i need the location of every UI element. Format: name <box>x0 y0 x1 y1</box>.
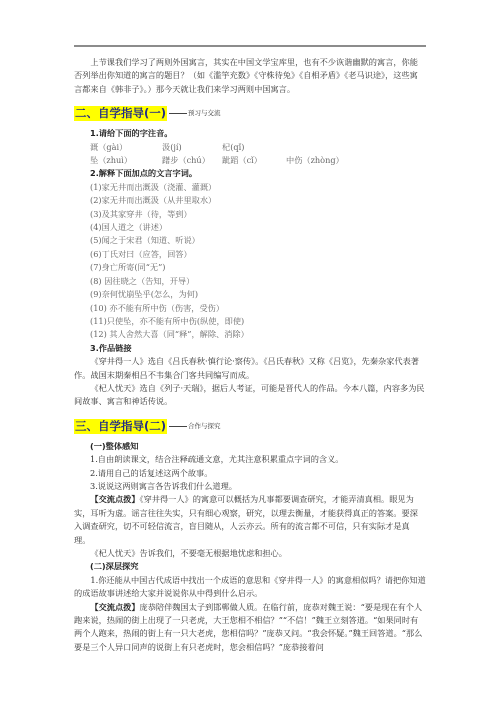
pinyin-item: 坠（zhuì） <box>90 154 162 167</box>
vocab-item: (3)及其家穿井（待，等到） <box>90 208 426 221</box>
pinyin-item: 跐蹈（cǐ） <box>222 154 286 167</box>
part1-item: 1.自由朗读课文，结合注释疏通文意，尤其注意积累重点字词的含义。 <box>90 453 426 466</box>
tip1-paragraph-2: 《杞人忧天》告诉我们，不要毫无根据地忧虑和担心。 <box>74 547 426 560</box>
question-2: 2.解释下面加点的文言字词。 <box>90 167 426 180</box>
vocab-item: (12) 其人舍然大喜（同“释”，解除、消除） <box>90 328 426 341</box>
pinyin-item: 汲(jí) <box>162 141 222 154</box>
tip1-paragraph: 【交流点拨】《穿井得一人》的寓意可以概括为凡事都要调查研究，才能弄清真相。眼见为… <box>74 493 426 547</box>
tip1-label: 【交流点拨】 <box>90 494 139 504</box>
pinyin-item: 杞(qǐ) <box>222 141 286 154</box>
pinyin-row-1: 溉（gài） 汲(jí) 杞(qǐ) <box>90 141 426 154</box>
vocab-item: (6)丁氏对曰（应答，回答） <box>90 248 426 261</box>
tip2-label: 【交流点拨】 <box>90 602 139 612</box>
vocab-item: (5)闻之于宋君（知道、听说） <box>90 234 426 247</box>
vocab-item: (2)家无井而出溉汲（从井里取水） <box>90 194 426 207</box>
heading-dash <box>169 113 187 114</box>
section3-title: 三、自学指导(二) <box>74 419 167 434</box>
link-paragraph-1: 《穿井得一人》选自《吕氏春秋·慎行论·察传》。《吕氏春秋》又称《吕览》，先秦杂家… <box>74 355 426 382</box>
part2-question: 1.你还能从中国古代成语中找出一个成语的意思和《穿井得一人》的寓意相似吗？请把你… <box>74 574 426 601</box>
vocab-item: (7)身亡所寄(同“无”) <box>90 261 426 274</box>
section2-subtitle: 预习与交流 <box>188 107 221 120</box>
intro-paragraph: 上节课我们学习了两则外国寓言，其实在中国文学宝库里，也有不少诙谐幽默的寓言，你能… <box>74 56 426 96</box>
vocab-item: (9)奈何忧崩坠乎(怎么，为何) <box>90 288 426 301</box>
section2-title: 二、自学指导(一) <box>74 106 167 121</box>
section3-heading: 三、自学指导(二) 合作与探究 <box>74 419 426 434</box>
pinyin-item: 中伤（zhòng） <box>286 154 344 167</box>
part1-item: 3.说说这两则寓言各告诉我们什么道理。 <box>90 480 426 493</box>
part2-title: (二)深层探究 <box>90 560 426 573</box>
header-rule <box>74 45 426 47</box>
vocab-item: (4)国人道之（讲述） <box>90 221 426 234</box>
pinyin-item: 溉（gài） <box>90 141 162 154</box>
question-1: 1.请给下面的字注音。 <box>90 127 426 140</box>
link-paragraph-2: 《杞人忧天》选自《列子·天瑞》，据后人考证，可能是晋代人的作品。今本八篇，内容多… <box>74 382 426 409</box>
vocab-item: (11)只使坠，亦不能有所中伤(纵使，即使) <box>90 315 426 328</box>
vocab-item: (8) 因往晓之（告知，开导） <box>90 275 426 288</box>
document-page: 上节课我们学习了两则外国寓言，其实在中国文学宝库里，也有不少诙谐幽默的寓言，你能… <box>74 56 426 654</box>
tip2-paragraph: 【交流点拨】庞恭陪伴魏国太子到邯郸做人质。在临行前，庞恭对魏王说：“要是现在有个… <box>74 601 426 655</box>
vocab-item: (10) 亦不能有所中伤（伤害，受伤） <box>90 302 426 315</box>
section2-heading: 二、自学指导(一) 预习与交流 <box>74 106 426 121</box>
question-3: 3.作品链接 <box>90 342 426 355</box>
part1-title: (一)整体感知 <box>90 440 426 453</box>
part1-item: 2.请用自己的话复述这两个故事。 <box>90 467 426 480</box>
vocab-item: (1)家无井而出溉汲（浇灌、灌溉） <box>90 181 426 194</box>
section3-subtitle: 合作与探究 <box>188 420 221 433</box>
pinyin-item: 躇步（chú） <box>162 154 222 167</box>
heading-dash <box>169 426 187 427</box>
pinyin-row-2: 坠（zhuì） 躇步（chú） 跐蹈（cǐ） 中伤（zhòng） <box>90 154 426 167</box>
